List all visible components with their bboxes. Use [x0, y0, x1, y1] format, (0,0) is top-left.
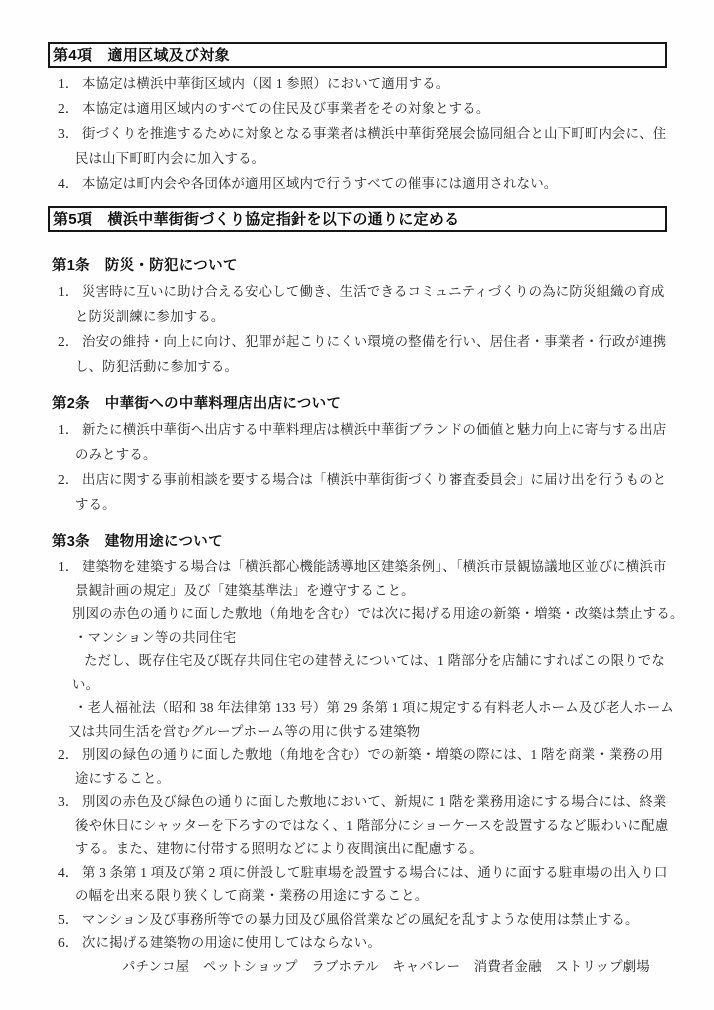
line-text: のみとする。 [75, 447, 157, 462]
line-text: する。また、建物に付帯する照明などにより夜間演出に配慮する。 [75, 841, 483, 856]
line-text: 本協定は適用区域内のすべての住民及び事業者をその対象とする。 [82, 101, 489, 116]
line-text: ・老人福祉法（昭和 38 年法律第 133 号）第 29 条第 1 項に規定する… [74, 700, 674, 715]
section-heading-box: 第4項 適用区域及び対象 [48, 42, 667, 68]
line-text: 民は山下町町内会に加入する。 [75, 151, 265, 166]
line-text: 新たに横浜中華街へ出店する中華料理店は横浜中華街ブランドの価値と魅力向上に寄与す… [82, 422, 666, 437]
document-line: の幅を出来る限り狭くして商業・業務の用途にすること。 [0, 884, 714, 908]
document-section: 第3条 建物用途について1．建築物を建築する場合は「横浜都心機能誘導地区建築条例… [0, 530, 714, 978]
line-text: 途にすること。 [75, 771, 170, 786]
document-line: 1．災害時に互いに助け合える安心して働き、生活できるコミュニティづくりの為に防災… [0, 279, 714, 304]
section-heading-box: 第5項 横浜中華街街づくり協定指針を以下の通りに定める [48, 206, 667, 232]
line-text: と防災訓練に参加する。 [75, 309, 225, 324]
line-text: 治安の維持・向上に向け、犯罪が起こりにくい環境の整備を行い、居住者・事業者・行政… [82, 334, 666, 349]
line-text: 災害時に互いに助け合える安心して働き、生活できるコミュニティづくりの為に防災組織… [82, 284, 665, 299]
list-number: 2． [58, 743, 82, 767]
line-text: 出店に関する事前相談を要する場合は「横浜中華街街づくり審査委員会」に届け出を行う… [82, 472, 666, 487]
document-section: 第2条 中華街への中華料理店出店について1．新たに横浜中華街へ出店する中華料理店… [0, 392, 714, 517]
line-text: 別図の赤色及び緑色の通りに面した敷地において、新規に 1 階を業務用途にする場合… [82, 794, 667, 809]
line-text: し、防犯活動に参加する。 [75, 359, 238, 374]
line-text: 別図の赤色の通りに面した敷地（角地を含む）では次に掲げる用途の新築・増築・改築は… [72, 606, 684, 621]
line-text: い。 [72, 677, 99, 692]
document-line: 後や休日にシャッターを下ろすのではなく、1 階部分にショーケースを設置するなど賑… [0, 814, 714, 838]
line-text: ただし、既存住宅及び既存共同住宅の建替えについては、1 階部分を店舗にすればこの… [84, 653, 665, 668]
document-line: のみとする。 [0, 442, 714, 467]
line-text: 建築物を建築する場合は「横浜都心機能誘導地区建築条例」、「横浜市景観協議地区並び… [82, 559, 667, 574]
list-number: 4． [58, 861, 82, 885]
document-line: 6．次に掲げる建築物の用途に使用してはならない。 [0, 931, 714, 955]
line-text: 景観計画の規定」及び「建築基準法」を遵守すること。 [75, 583, 415, 598]
document-section: 1．本協定は横浜中華街区域内（図 1 参照）において適用する。2．本協定は適用区… [0, 71, 714, 196]
line-text: 第 3 条第 1 項及び第 2 項に併設して駐車場を設置する場合には、通りに面す… [82, 865, 668, 880]
list-number: 2． [58, 329, 82, 354]
document-line: 4．第 3 条第 1 項及び第 2 項に併設して駐車場を設置する場合には、通りに… [0, 861, 714, 885]
list-number: 1． [58, 279, 82, 304]
list-number: 1． [58, 71, 82, 96]
document-line: 景観計画の規定」及び「建築基準法」を遵守すること。 [0, 579, 714, 603]
line-text: 本協定は町内会や各団体が適用区域内で行うすべての催事には適用されない。 [82, 176, 557, 191]
line-text: ・マンション等の共同住宅 [74, 630, 236, 645]
document-line: 2．本協定は適用区域内のすべての住民及び事業者をその対象とする。 [0, 96, 714, 121]
line-text: 後や休日にシャッターを下ろすのではなく、1 階部分にショーケースを設置するなど賑… [75, 818, 668, 833]
document-line: 2．治安の維持・向上に向け、犯罪が起こりにくい環境の整備を行い、居住者・事業者・… [0, 329, 714, 354]
document-line: 2．別図の緑色の通りに面した敷地（角地を含む）での新築・増築の際には、1 階を商… [0, 743, 714, 767]
line-text: 街づくりを推進するために対象となる事業者は横浜中華街発展会協同組合と山下町町内会… [82, 126, 666, 141]
list-number: 1． [58, 555, 82, 579]
document-line: 途にすること。 [0, 767, 714, 791]
document-line: パチンコ屋 ペットショップ ラブホテル キャバレー 消費者金融 ストリップ劇場 [0, 955, 714, 979]
document-line: ・老人福祉法（昭和 38 年法律第 133 号）第 29 条第 1 項に規定する… [0, 696, 714, 720]
document-line: 3．別図の赤色及び緑色の通りに面した敷地において、新規に 1 階を業務用途にする… [0, 790, 714, 814]
document-line: 1．本協定は横浜中華街区域内（図 1 参照）において適用する。 [0, 71, 714, 96]
document-section: 第1条 防災・防犯について1．災害時に互いに助け合える安心して働き、生活できるコ… [0, 254, 714, 379]
document-line: する。また、建物に付帯する照明などにより夜間演出に配慮する。 [0, 837, 714, 861]
document-line: 別図の赤色の通りに面した敷地（角地を含む）では次に掲げる用途の新築・増築・改築は… [0, 602, 714, 626]
list-number: 2． [58, 96, 82, 121]
line-text: パチンコ屋 ペットショップ ラブホテル キャバレー 消費者金融 ストリップ劇場 [122, 959, 650, 974]
line-text: する。 [75, 497, 116, 512]
document-line: 民は山下町町内会に加入する。 [0, 146, 714, 171]
document-line: する。 [0, 492, 714, 517]
list-number: 2． [58, 467, 82, 492]
document-line: ただし、既存住宅及び既存共同住宅の建替えについては、1 階部分を店舗にすればこの… [0, 649, 714, 673]
document-line: 5．マンション及び事務所等での暴力団及び風俗営業などの風紀を乱すような使用は禁止… [0, 908, 714, 932]
document-line: 又は共同生活を営むグループホーム等の用に供する建築物 [0, 720, 714, 744]
list-number: 3． [58, 790, 82, 814]
document-line: と防災訓練に参加する。 [0, 304, 714, 329]
section-heading-text: 第5項 横浜中華街街づくり協定指針を以下の通りに定める [53, 208, 459, 229]
section-heading-text: 第4項 適用区域及び対象 [53, 44, 230, 65]
document-page: 第4項 適用区域及び対象1．本協定は横浜中華街区域内（図 1 参照）において適用… [0, 0, 714, 1010]
line-text: マンション及び事務所等での暴力団及び風俗営業などの風紀を乱すような使用は禁止する… [82, 912, 639, 927]
document-line: 3．街づくりを推進するために対象となる事業者は横浜中華街発展会協同組合と山下町町… [0, 121, 714, 146]
document-line: 1．建築物を建築する場合は「横浜都心機能誘導地区建築条例」、「横浜市景観協議地区… [0, 555, 714, 579]
line-text: 又は共同生活を営むグループホーム等の用に供する建築物 [68, 724, 420, 739]
document-line: 1．新たに横浜中華街へ出店する中華料理店は横浜中華街ブランドの価値と魅力向上に寄… [0, 417, 714, 442]
list-number: 4． [58, 171, 82, 196]
document-line: 4．本協定は町内会や各団体が適用区域内で行うすべての催事には適用されない。 [0, 171, 714, 196]
line-text: 別図の緑色の通りに面した敷地（角地を含む）での新築・増築の際には、1 階を商業・… [82, 747, 663, 762]
document-line: い。 [0, 673, 714, 697]
list-number: 5． [58, 908, 82, 932]
article-heading: 第1条 防災・防犯について [52, 254, 714, 279]
line-text: 本協定は横浜中華街区域内（図 1 参照）において適用する。 [82, 76, 449, 91]
article-heading: 第2条 中華街への中華料理店出店について [52, 392, 714, 417]
line-text: の幅を出来る限り狭くして商業・業務の用途にすること。 [75, 888, 428, 903]
list-number: 6． [58, 931, 82, 955]
list-number: 1． [58, 417, 82, 442]
line-text: 次に掲げる建築物の用途に使用してはならない。 [82, 935, 381, 950]
document-line: 2．出店に関する事前相談を要する場合は「横浜中華街街づくり審査委員会」に届け出を… [0, 467, 714, 492]
document-line: ・マンション等の共同住宅 [0, 626, 714, 650]
article-heading: 第3条 建物用途について [52, 530, 714, 555]
list-number: 3． [58, 121, 82, 146]
document-line: し、防犯活動に参加する。 [0, 354, 714, 379]
